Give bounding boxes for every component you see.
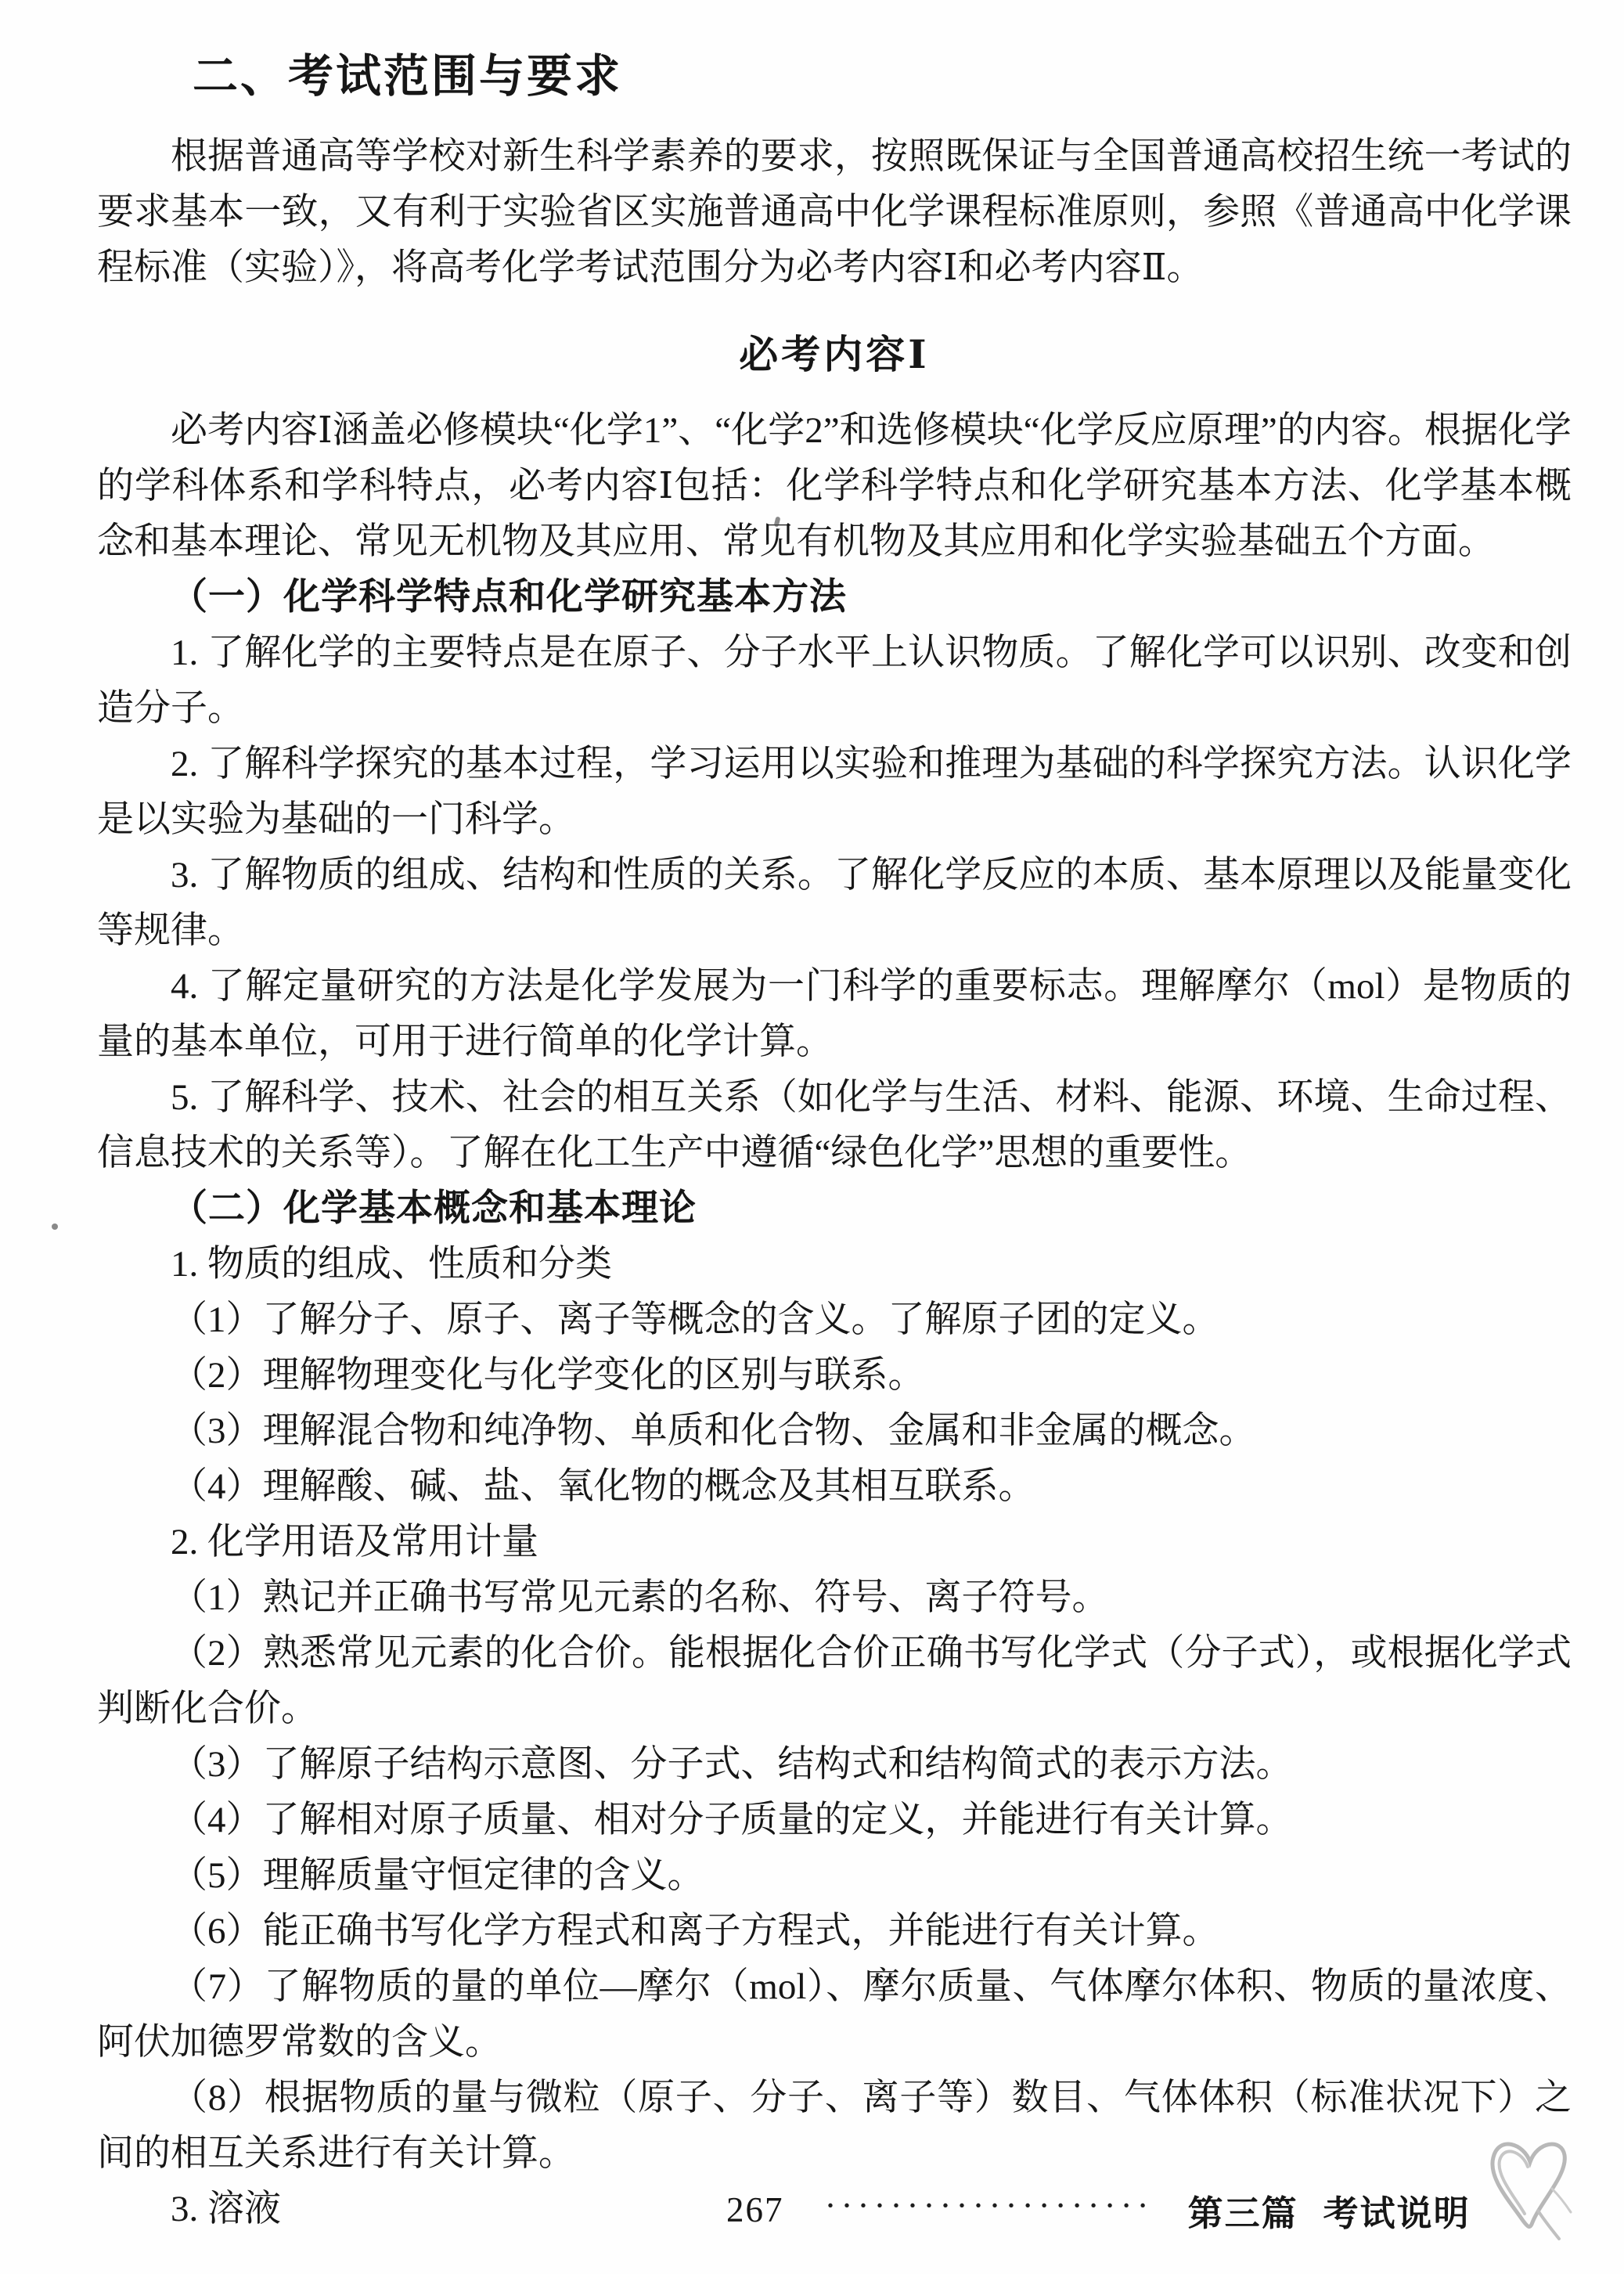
syllabus-item: 1. 了解化学的主要特点是在原子、分子水平上认识物质。了解化学可以识别、改变和创… xyxy=(97,625,1572,737)
syllabus-item: （7）了解物质的量的单位—摩尔（mol）、摩尔质量、气体摩尔体积、物质的量浓度、… xyxy=(97,1959,1572,2070)
syllabus-item: （6）能正确书写化学方程式和离子方程式，并能进行有关计算。 xyxy=(97,1904,1572,1959)
syllabus-item: （1）了解分子、原子、离子等概念的含义。了解原子团的定义。 xyxy=(97,1292,1572,1348)
document-page: 二、考试范围与要求 根据普通高等学校对新生科学素养的要求，按照既保证与全国普通高… xyxy=(0,0,1624,2274)
syllabus-item: （2）理解物理变化与化学变化的区别与联系。 xyxy=(97,1348,1572,1404)
syllabus-item: （5）理解质量守恒定律的含义。 xyxy=(97,1848,1572,1904)
syllabus-item: （2）熟悉常见元素的化合价。能根据化合价正确书写化学式（分子式），或根据化学式判… xyxy=(97,1626,1572,1737)
syllabus-item: 5. 了解科学、技术、社会的相互关系（如化学与生活、材料、能源、环境、生命过程、… xyxy=(97,1070,1572,1181)
syllabus-item: 1. 物质的组成、性质和分类 xyxy=(97,1237,1572,1292)
page-title: 二、考试范围与要求 xyxy=(193,49,1572,106)
footer-leader-dots: ···················· xyxy=(826,2192,1155,2221)
heart-doodle-icon xyxy=(1483,2134,1579,2246)
syllabus-item: 3. 了解物质的组成、结构和性质的关系。了解化学反应的本质、基本原理以及能量变化… xyxy=(97,848,1572,959)
syllabus-item: 4. 了解定量研究的方法是化学发展为一门科学的重要标志。理解摩尔（mol）是物质… xyxy=(97,959,1572,1070)
document-content: 二、考试范围与要求 根据普通高等学校对新生科学素养的要求，按照既保证与全国普通高… xyxy=(97,49,1572,2237)
syllabus-item: （8）根据物质的量与微粒（原子、分子、离子等）数目、气体体积（标准状况下）之间的… xyxy=(97,2070,1572,2182)
syllabus-item: （3）理解混合物和纯净物、单质和化合物、金属和非金属的概念。 xyxy=(97,1404,1572,1459)
intro-paragraph: 根据普通高等学校对新生科学素养的要求，按照既保证与全国普通高校招生统一考试的要求… xyxy=(97,129,1572,296)
footer-part-label: 第三篇 xyxy=(1188,2185,1298,2236)
syllabus-item: （4）了解相对原子质量、相对分子质量的定义，并能进行有关计算。 xyxy=(97,1793,1572,1848)
syllabus-item: （1）熟记并正确书写常见元素的名称、符号、离子符号。 xyxy=(97,1570,1572,1626)
footer-section-label: 考试说明 xyxy=(1323,2185,1471,2236)
subsection-heading-2: （二）化学基本概念和基本理论 xyxy=(97,1181,1572,1237)
subsection-heading-1: （一）化学科学特点和化学研究基本方法 xyxy=(97,570,1572,625)
center-heading-required-content-1: 必考内容Ⅰ xyxy=(97,327,1572,383)
syllabus-item: 2. 了解科学探究的基本过程，学习运用以实验和推理为基础的科学探究方法。认识化学… xyxy=(97,737,1572,848)
syllabus-item: （3）了解原子结构示意图、分子式、结构式和结构简式的表示方法。 xyxy=(97,1737,1572,1793)
page-number: 267 xyxy=(726,2189,784,2230)
overview-paragraph: 必考内容Ⅰ涵盖必修模块“化学1”、“化学2”和选修模块“化学反应原理”的内容。根… xyxy=(97,403,1572,570)
syllabus-item: 2. 化学用语及常用计量 xyxy=(97,1515,1572,1570)
page-footer: 267 ···················· 第三篇 考试说明 xyxy=(726,2175,1579,2245)
syllabus-item: （4）理解酸、碱、盐、氧化物的概念及其相互联系。 xyxy=(97,1459,1572,1515)
scan-artifact xyxy=(52,1223,58,1230)
